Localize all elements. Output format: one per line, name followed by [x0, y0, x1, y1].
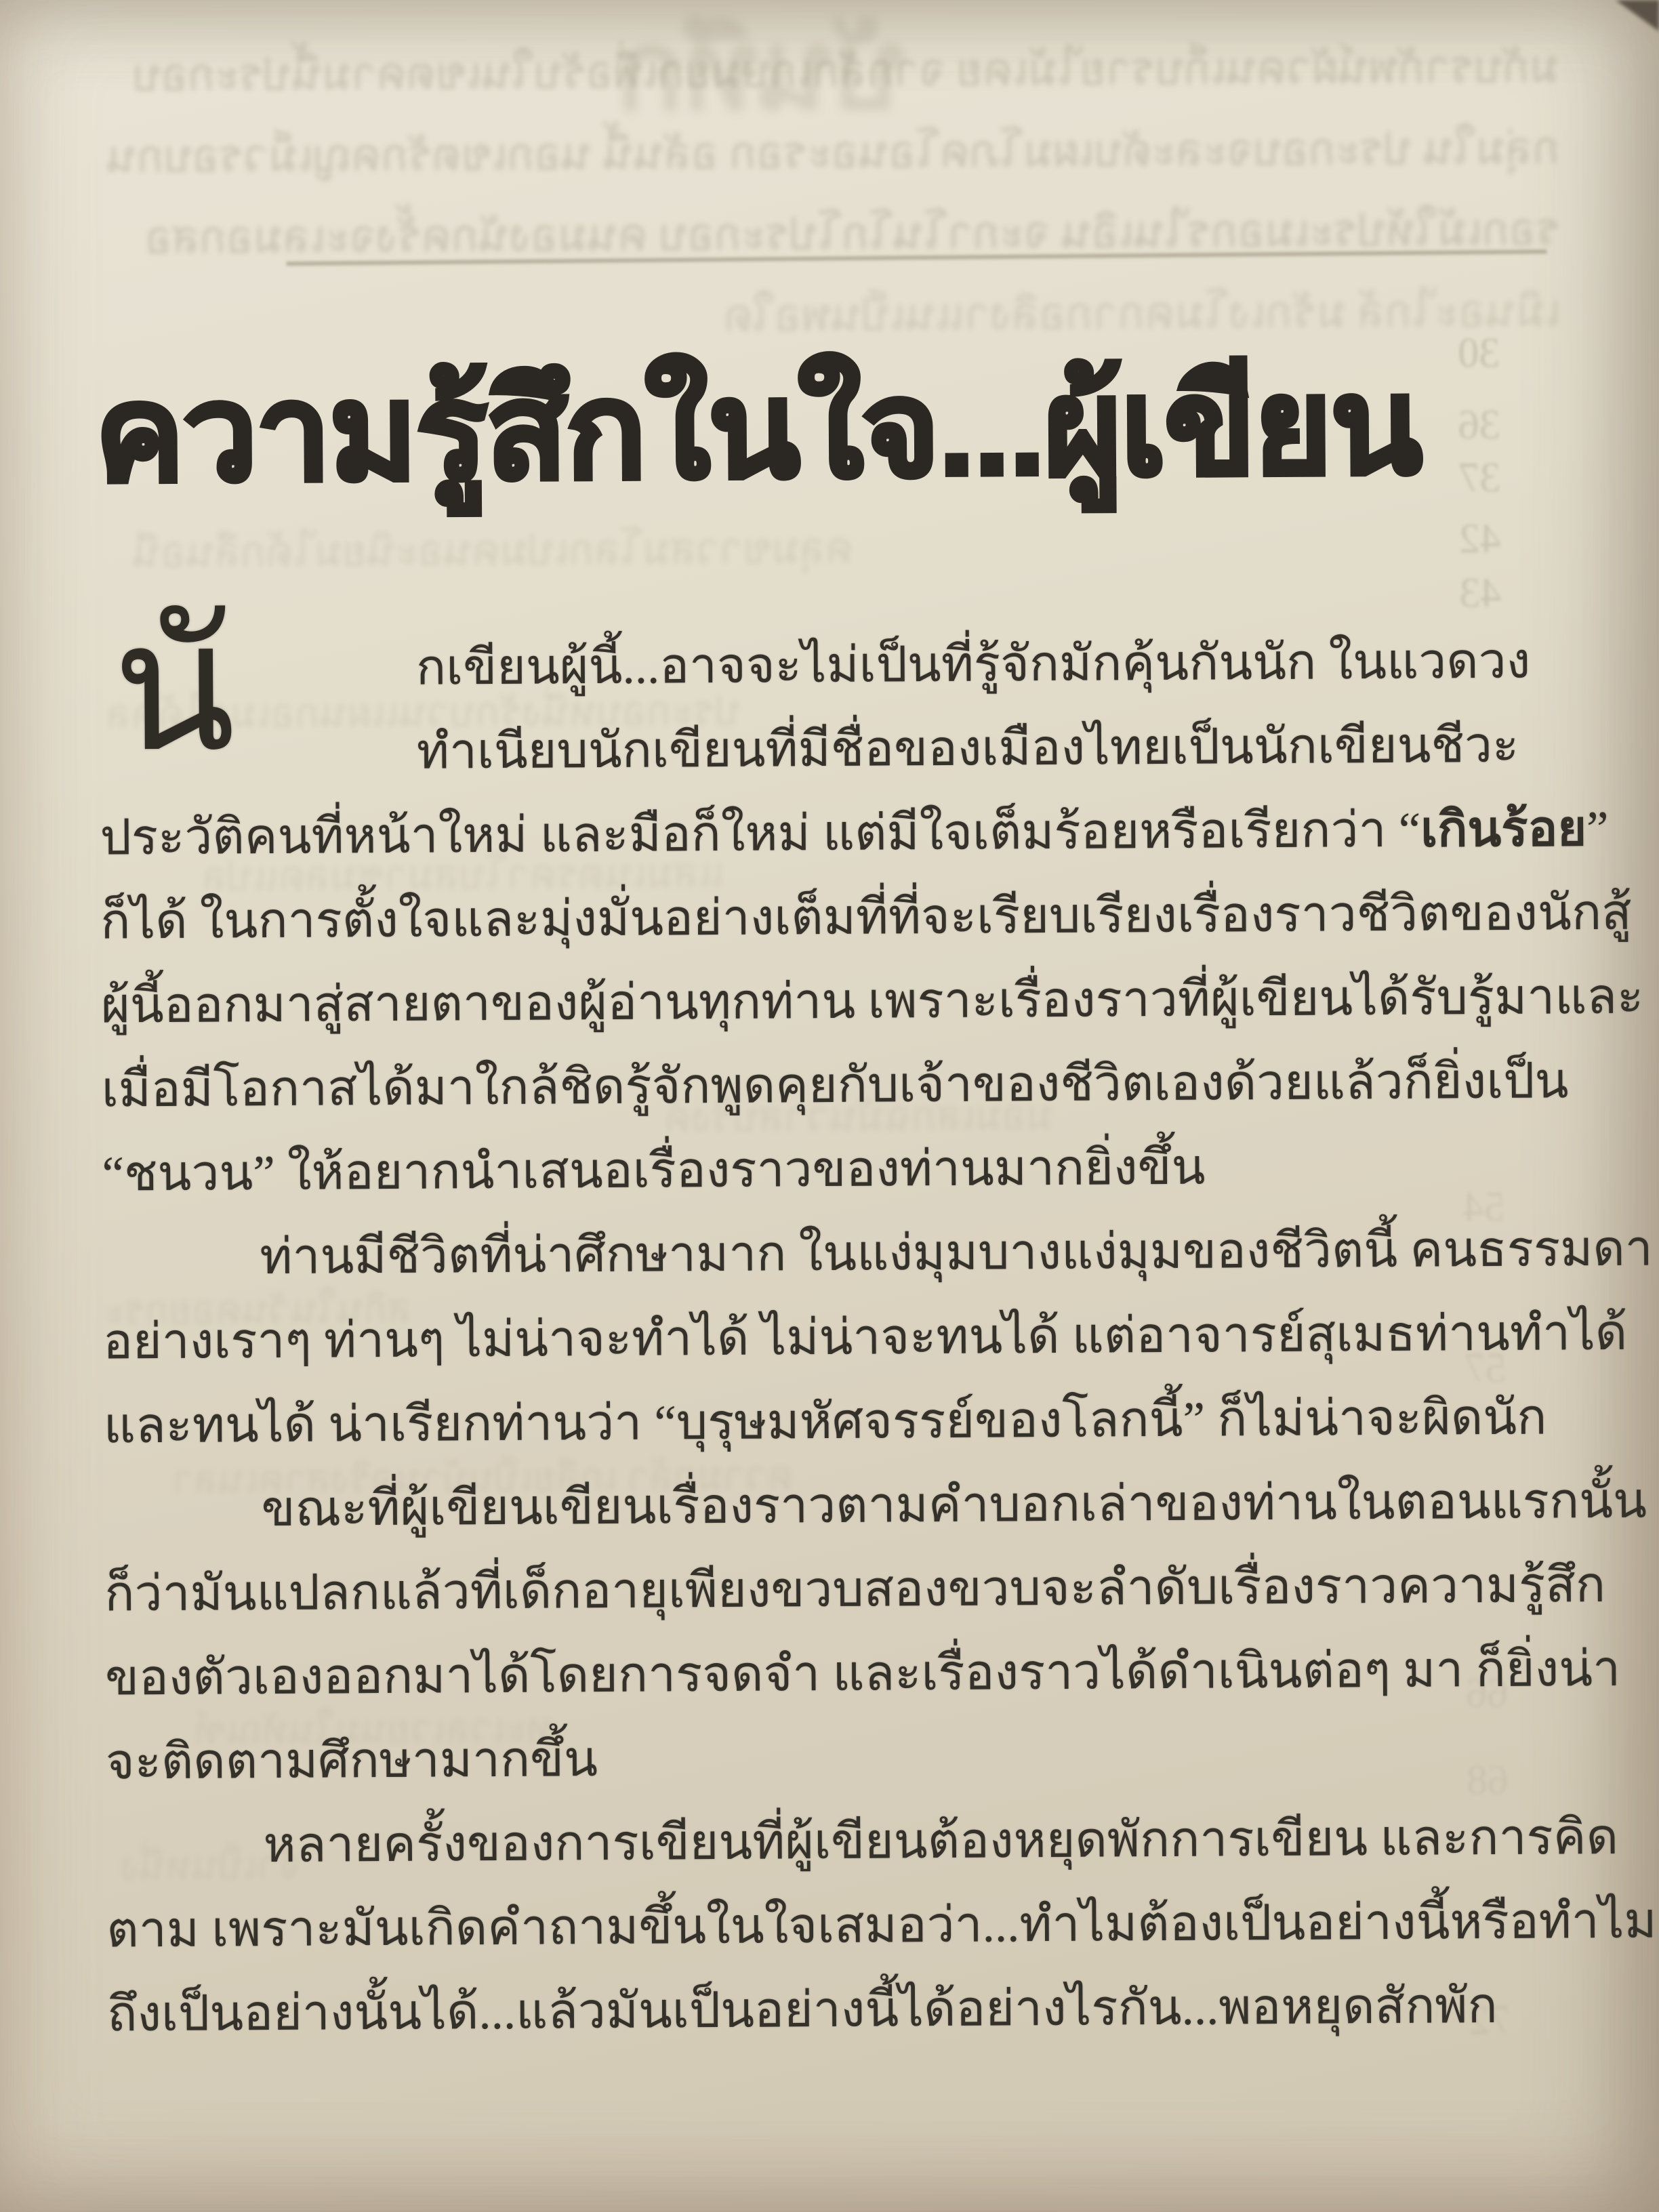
- text-segment: ”: [1586, 801, 1609, 856]
- text-line: ประวัติคนที่หน้าใหม่ และมือก็ใหม่ แต่มีใ…: [100, 787, 1571, 880]
- book-page-photo: บันทึก มกับรากัพน์ผัวคนเก็บรายไม้เคย จาก…: [0, 0, 1659, 2212]
- text-line: ก็ว่ามันแปลกแล้วที่เด็กอายุเพียงขวบสองขว…: [104, 1543, 1576, 1636]
- text-line: อย่างเราๆ ท่านๆ ไม่น่าจะทำได้ ไม่น่าจะทน…: [103, 1291, 1574, 1384]
- body-text: กเขียนผู้นี้...อาจจะไม่เป็นที่รู้จักมักค…: [99, 619, 1578, 2056]
- text-line: “ชนวน” ให้อยากนำเสนอเรื่องราวของท่านมากย…: [102, 1123, 1573, 1216]
- bold-phrase: เกินร้อย: [1420, 801, 1586, 857]
- text-line: กเขียนผู้นี้...อาจจะไม่เป็นที่รู้จักมักค…: [99, 619, 1570, 712]
- text-line: ผู้นี้ออกมาสู่สายตาของผู้อ่านทุกท่าน เพร…: [101, 955, 1572, 1048]
- page-title: ความรู้สึกในใจ...ผู้เขียน: [94, 359, 1420, 501]
- text-line: ก็ได้ ในการตั้งใจและมุ่งมั่นอย่างเต็มที่…: [100, 871, 1572, 964]
- text-line: หลายครั้งของการเขียนที่ผู้เขียนต้องหยุดพ…: [106, 1795, 1577, 1888]
- text-line: เมื่อมีโอกาสได้มาใกล้ชิดรู้จักพูดคุยกับเ…: [101, 1039, 1572, 1132]
- page-tilt-wrapper: บันทึก มกับรากัพน์ผัวคนเก็บรายไม้เคย จาก…: [0, 0, 1659, 2212]
- text-line: ท่านมีชีวิตที่น่าศึกษามาก ในแง่มุมบางแง่…: [102, 1207, 1574, 1300]
- text-segment: ประวัติคนที่หน้าใหม่ และมือก็ใหม่ แต่มีใ…: [100, 802, 1420, 865]
- text-line: จะติดตามศึกษามากขึ้น: [106, 1711, 1577, 1804]
- text-line: ทำเนียบนักเขียนที่มีชื่อของเมืองไทยเป็นน…: [99, 703, 1570, 796]
- text-line: ขณะที่ผู้เขียนเขียนเรื่องราวตามคำบอกเล่า…: [104, 1459, 1575, 1552]
- text-line: และทนได้ น่าเรียกท่านว่า “บุรุษมหัศจรรย์…: [103, 1375, 1574, 1468]
- page-content: ความรู้สึกในใจ...ผู้เขียน นั กเขียนผู้นี…: [0, 0, 1659, 2212]
- text-line: ตาม เพราะมันเกิดคำถามขึ้นในใจเสมอว่า...ท…: [106, 1879, 1578, 1972]
- text-line: ถึงเป็นอย่างนั้นได้...แล้วมันเป็นอย่างนี…: [107, 1963, 1578, 2056]
- text-line: ของตัวเองออกมาได้โดยการจดจำ และเรื่องราว…: [105, 1627, 1576, 1720]
